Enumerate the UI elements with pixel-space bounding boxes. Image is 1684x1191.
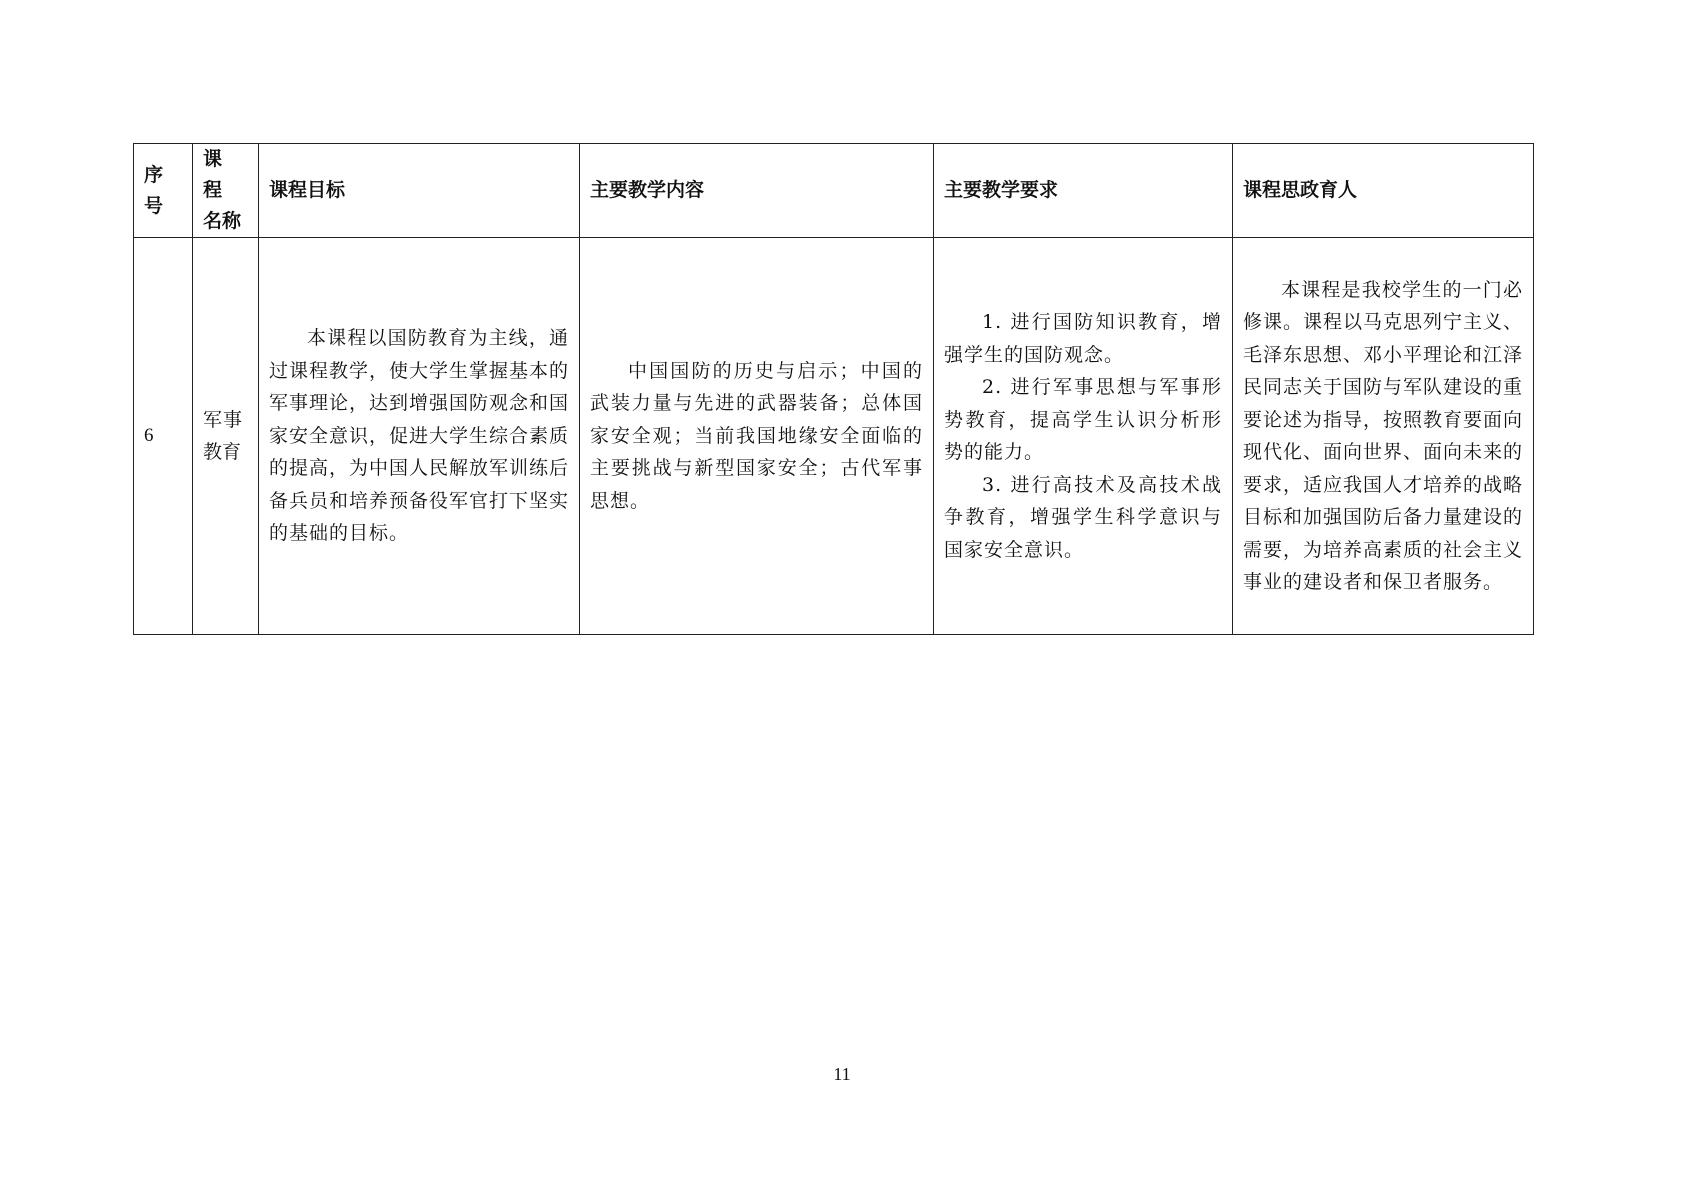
page-number: 11 [0,1064,1684,1085]
header-index: 序 号 [134,144,193,238]
ideology-text: 本课程是我校学生的一门必修课。课程以马克思列宁主义、毛泽东思想、邓小平理论和江泽… [1243,274,1523,599]
header-course-name: 课程 名称 [193,144,259,238]
header-index-line-2: 号 [144,191,182,222]
header-course-objective: 课程目标 [259,144,580,238]
content-text: 中国国防的历史与启示；中国的武装力量与先进的武器装备；总体国家安全观；当前我国地… [590,355,923,518]
header-name-line-1: 课程 [203,144,248,206]
requirement-item-2: 2. 进行军事思想与军事形势教育，提高学生认识分析形势的能力。 [944,371,1222,469]
requirement-item-3: 3. 进行高技术及高技术战争教育，增强学生科学意识与国家安全意识。 [944,469,1222,567]
table-header-row: 序 号 课程 名称 课程目标 主要教学内容 主要教学要求 课程思政育人 [134,144,1534,238]
header-teaching-content: 主要教学内容 [580,144,934,238]
header-index-line-1: 序 [144,160,182,191]
header-teaching-requirements: 主要教学要求 [934,144,1233,238]
cell-course-name: 军事 教育 [193,238,259,635]
header-ideological-education: 课程思政育人 [1233,144,1534,238]
header-name-line-2: 名称 [203,206,248,237]
course-name-line-1: 军事 [203,404,248,437]
objective-text: 本课程以国防教育为主线，通过课程教学，使大学生掌握基本的军事理论，达到增强国防观… [269,322,569,550]
cell-course-objective: 本课程以国防教育为主线，通过课程教学，使大学生掌握基本的军事理论，达到增强国防观… [259,238,580,635]
course-table: 序 号 课程 名称 课程目标 主要教学内容 主要教学要求 课程思政育人 6 军事… [133,143,1534,635]
cell-teaching-content: 中国国防的历史与启示；中国的武装力量与先进的武器装备；总体国家安全观；当前我国地… [580,238,934,635]
requirement-item-1: 1. 进行国防知识教育，增强学生的国防观念。 [944,306,1222,371]
table-row: 6 军事 教育 本课程以国防教育为主线，通过课程教学，使大学生掌握基本的军事理论… [134,238,1534,635]
course-name-line-2: 教育 [203,436,248,469]
cell-index: 6 [134,238,193,635]
cell-ideological-education: 本课程是我校学生的一门必修课。课程以马克思列宁主义、毛泽东思想、邓小平理论和江泽… [1233,238,1534,635]
cell-teaching-requirements: 1. 进行国防知识教育，增强学生的国防观念。 2. 进行军事思想与军事形势教育，… [934,238,1233,635]
document-page: 序 号 课程 名称 课程目标 主要教学内容 主要教学要求 课程思政育人 6 军事… [0,0,1684,1191]
